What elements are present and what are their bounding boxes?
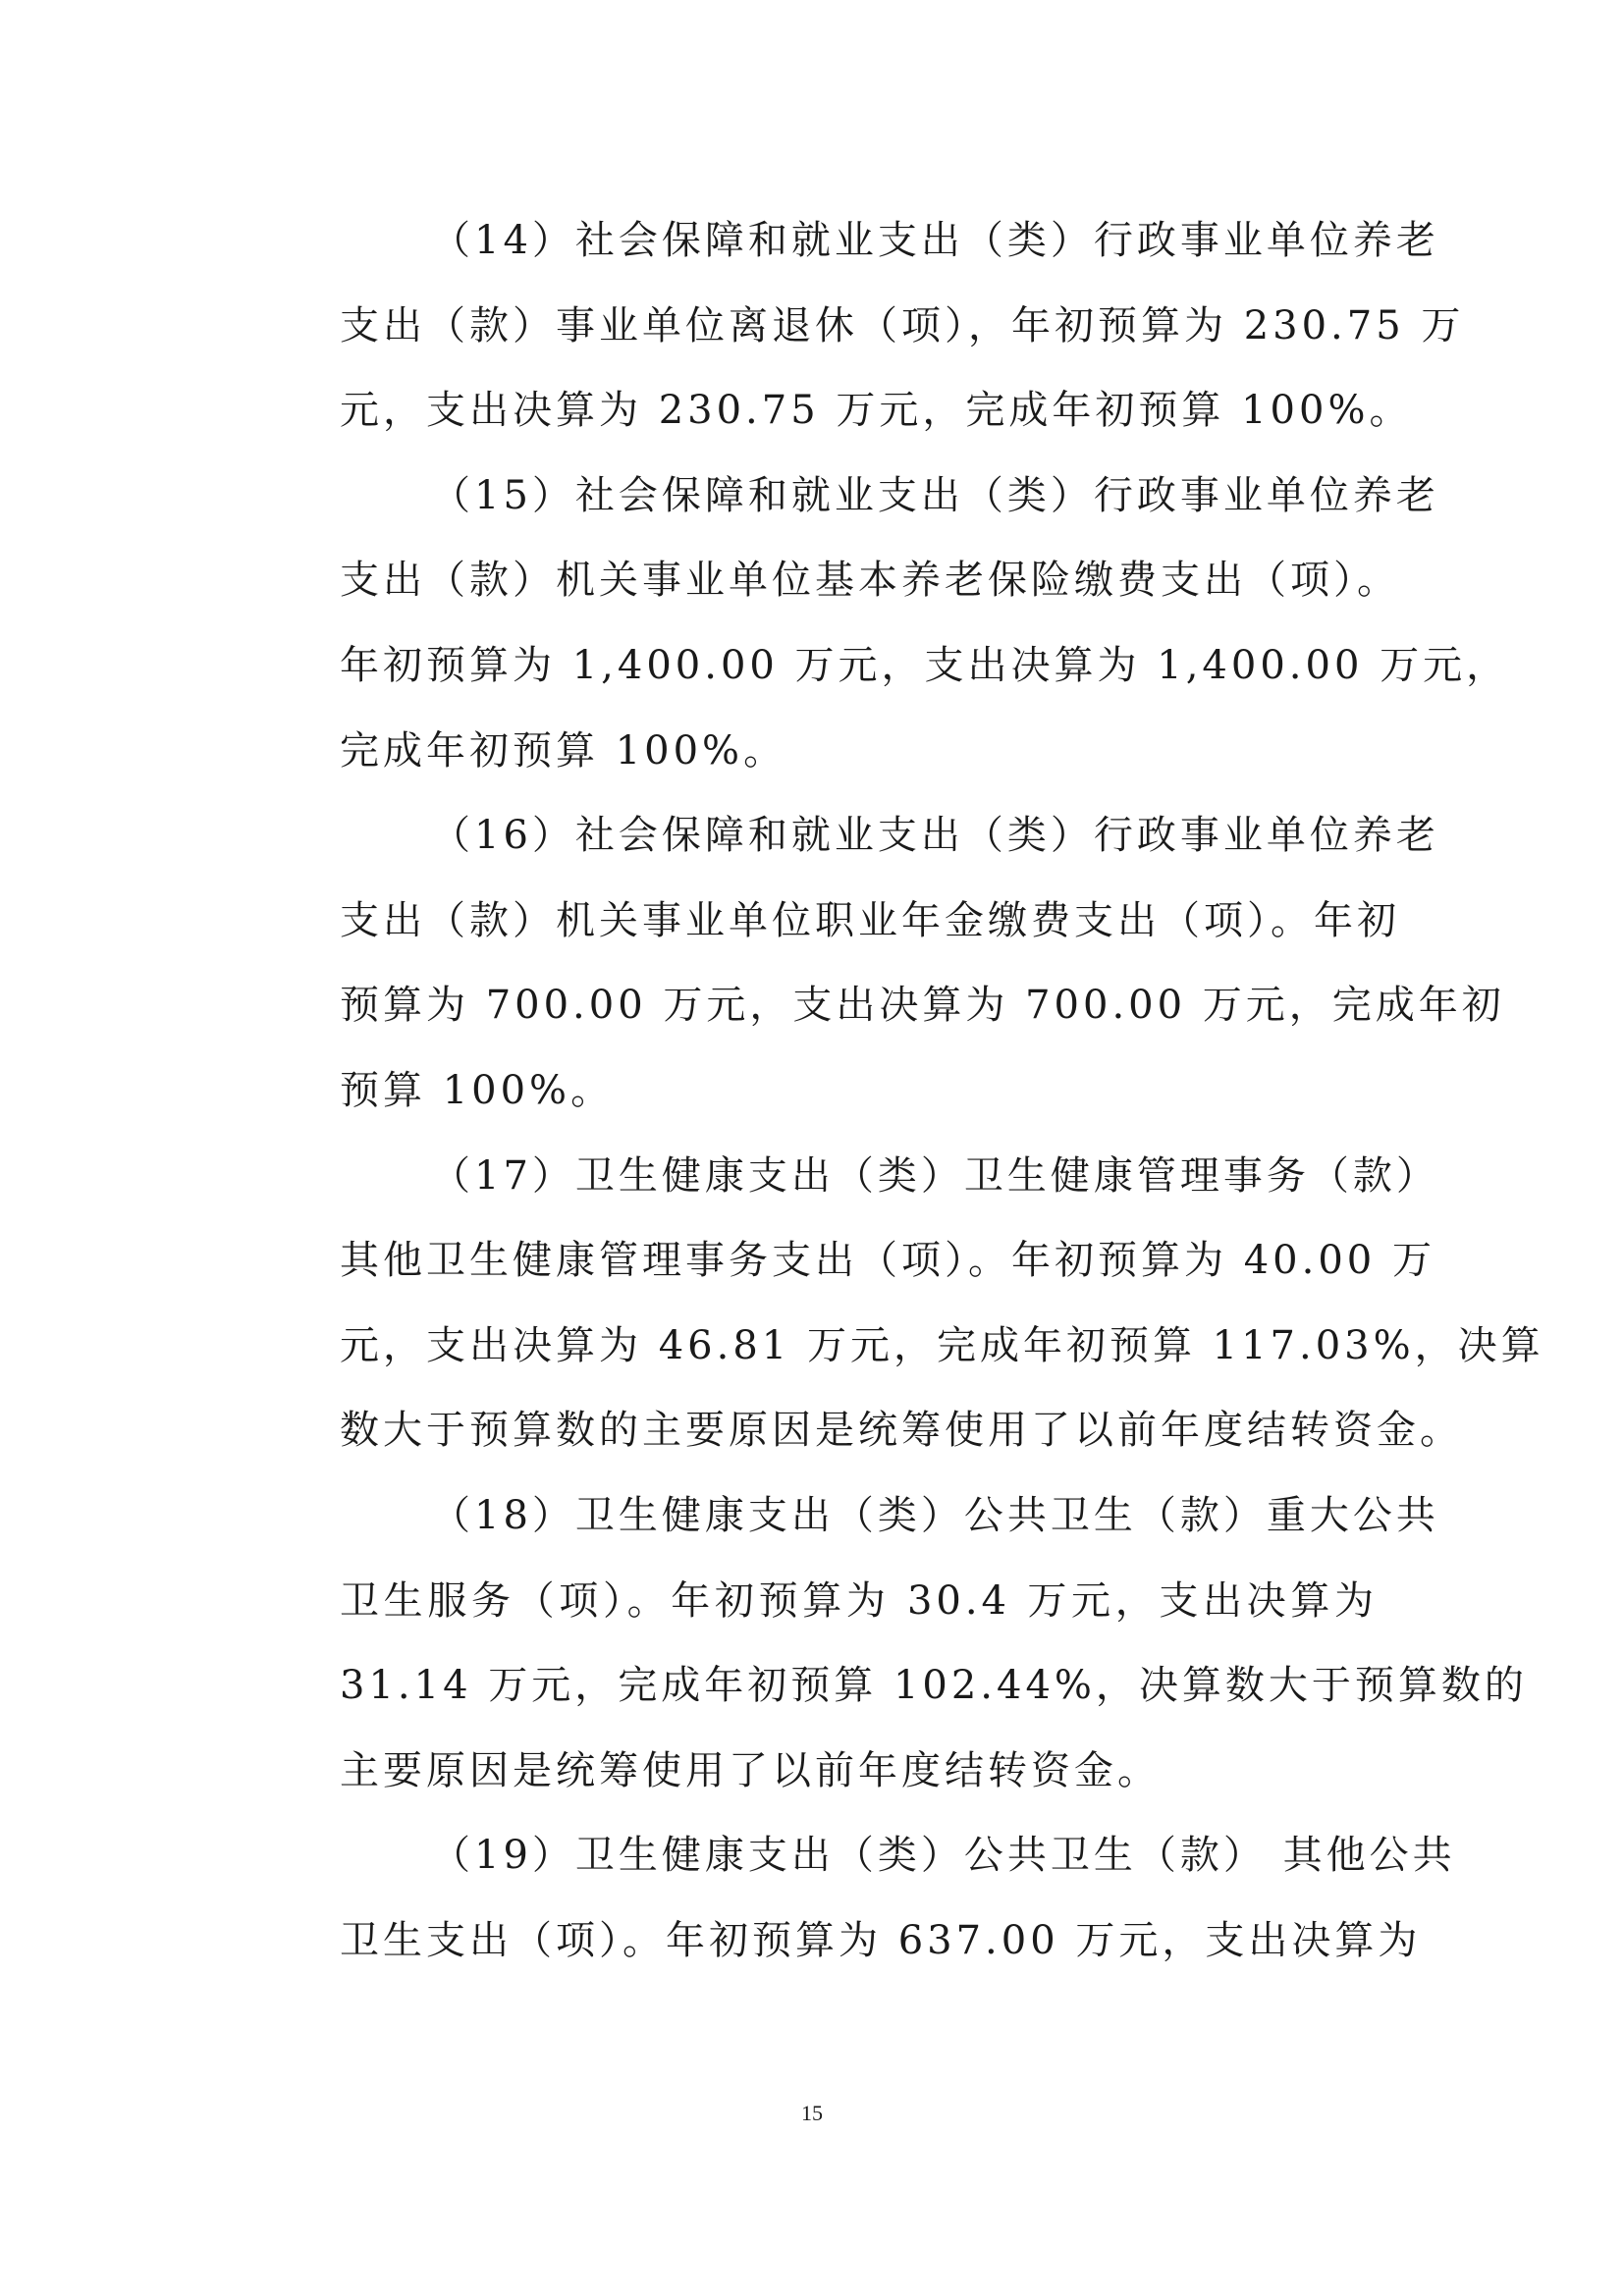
paragraph-17: （17）卫生健康支出（类）卫生健康管理事务（款） 其他卫生健康管理事务支出（项）… (248, 1134, 1378, 1473)
text-line: 支出（款）机关事业单位职业年金缴费支出（项）。年初 (248, 879, 1378, 964)
text-line: 卫生支出（项）。年初预算为 637.00 万元，支出决算为 (248, 1898, 1378, 1984)
paragraph-15: （15）社会保障和就业支出（类）行政事业单位养老 支出（款）机关事业单位基本养老… (248, 454, 1378, 793)
text-line: 支出（款）事业单位离退休（项），年初预算为 230.75 万 (248, 284, 1378, 369)
paragraph-19: （19）卫生健康支出（类）公共卫生（款） 其他公共 卫生支出（项）。年初预算为 … (248, 1813, 1378, 1983)
text-line: 卫生服务（项）。年初预算为 30.4 万元，支出决算为 (248, 1559, 1378, 1644)
text-line: （18）卫生健康支出（类）公共卫生（款）重大公共 (248, 1473, 1378, 1559)
paragraph-18: （18）卫生健康支出（类）公共卫生（款）重大公共 卫生服务（项）。年初预算为 3… (248, 1473, 1378, 1813)
paragraph-16: （16）社会保障和就业支出（类）行政事业单位养老 支出（款）机关事业单位职业年金… (248, 793, 1378, 1133)
text-line: 完成年初预算 100%。 (248, 709, 1378, 794)
text-line: 预算为 700.00 万元，支出决算为 700.00 万元，完成年初 (248, 963, 1378, 1048)
text-line: （17）卫生健康支出（类）卫生健康管理事务（款） (248, 1134, 1378, 1219)
document-page: （14）社会保障和就业支出（类）行政事业单位养老 支出（款）事业单位离退休（项）… (0, 0, 1624, 2296)
text-line: 31.14 万元，完成年初预算 102.44%，决算数大于预算数的 (248, 1643, 1378, 1729)
text-line: 元，支出决算为 230.75 万元，完成年初预算 100%。 (248, 368, 1378, 454)
text-line: 预算 100%。 (248, 1048, 1378, 1134)
text-line: 数大于预算数的主要原因是统筹使用了以前年度结转资金。 (248, 1388, 1378, 1473)
paragraph-14: （14）社会保障和就业支出（类）行政事业单位养老 支出（款）事业单位离退休（项）… (248, 198, 1378, 454)
text-line: 年初预算为 1,400.00 万元，支出决算为 1,400.00 万元， (248, 623, 1378, 709)
text-line: 其他卫生健康管理事务支出（项）。年初预算为 40.00 万 (248, 1218, 1378, 1304)
text-line: 支出（款）机关事业单位基本养老保险缴费支出（项）。 (248, 538, 1378, 623)
page-number: 15 (0, 2101, 1624, 2126)
text-line: 主要原因是统筹使用了以前年度结转资金。 (248, 1729, 1378, 1814)
text-line: （19）卫生健康支出（类）公共卫生（款） 其他公共 (248, 1813, 1378, 1898)
text-line: 元，支出决算为 46.81 万元，完成年初预算 117.03%，决算 (248, 1304, 1378, 1389)
text-line: （16）社会保障和就业支出（类）行政事业单位养老 (248, 793, 1378, 879)
text-line: （14）社会保障和就业支出（类）行政事业单位养老 (248, 198, 1378, 284)
text-line: （15）社会保障和就业支出（类）行政事业单位养老 (248, 454, 1378, 539)
body-text: （14）社会保障和就业支出（类）行政事业单位养老 支出（款）事业单位离退休（项）… (248, 198, 1378, 1983)
